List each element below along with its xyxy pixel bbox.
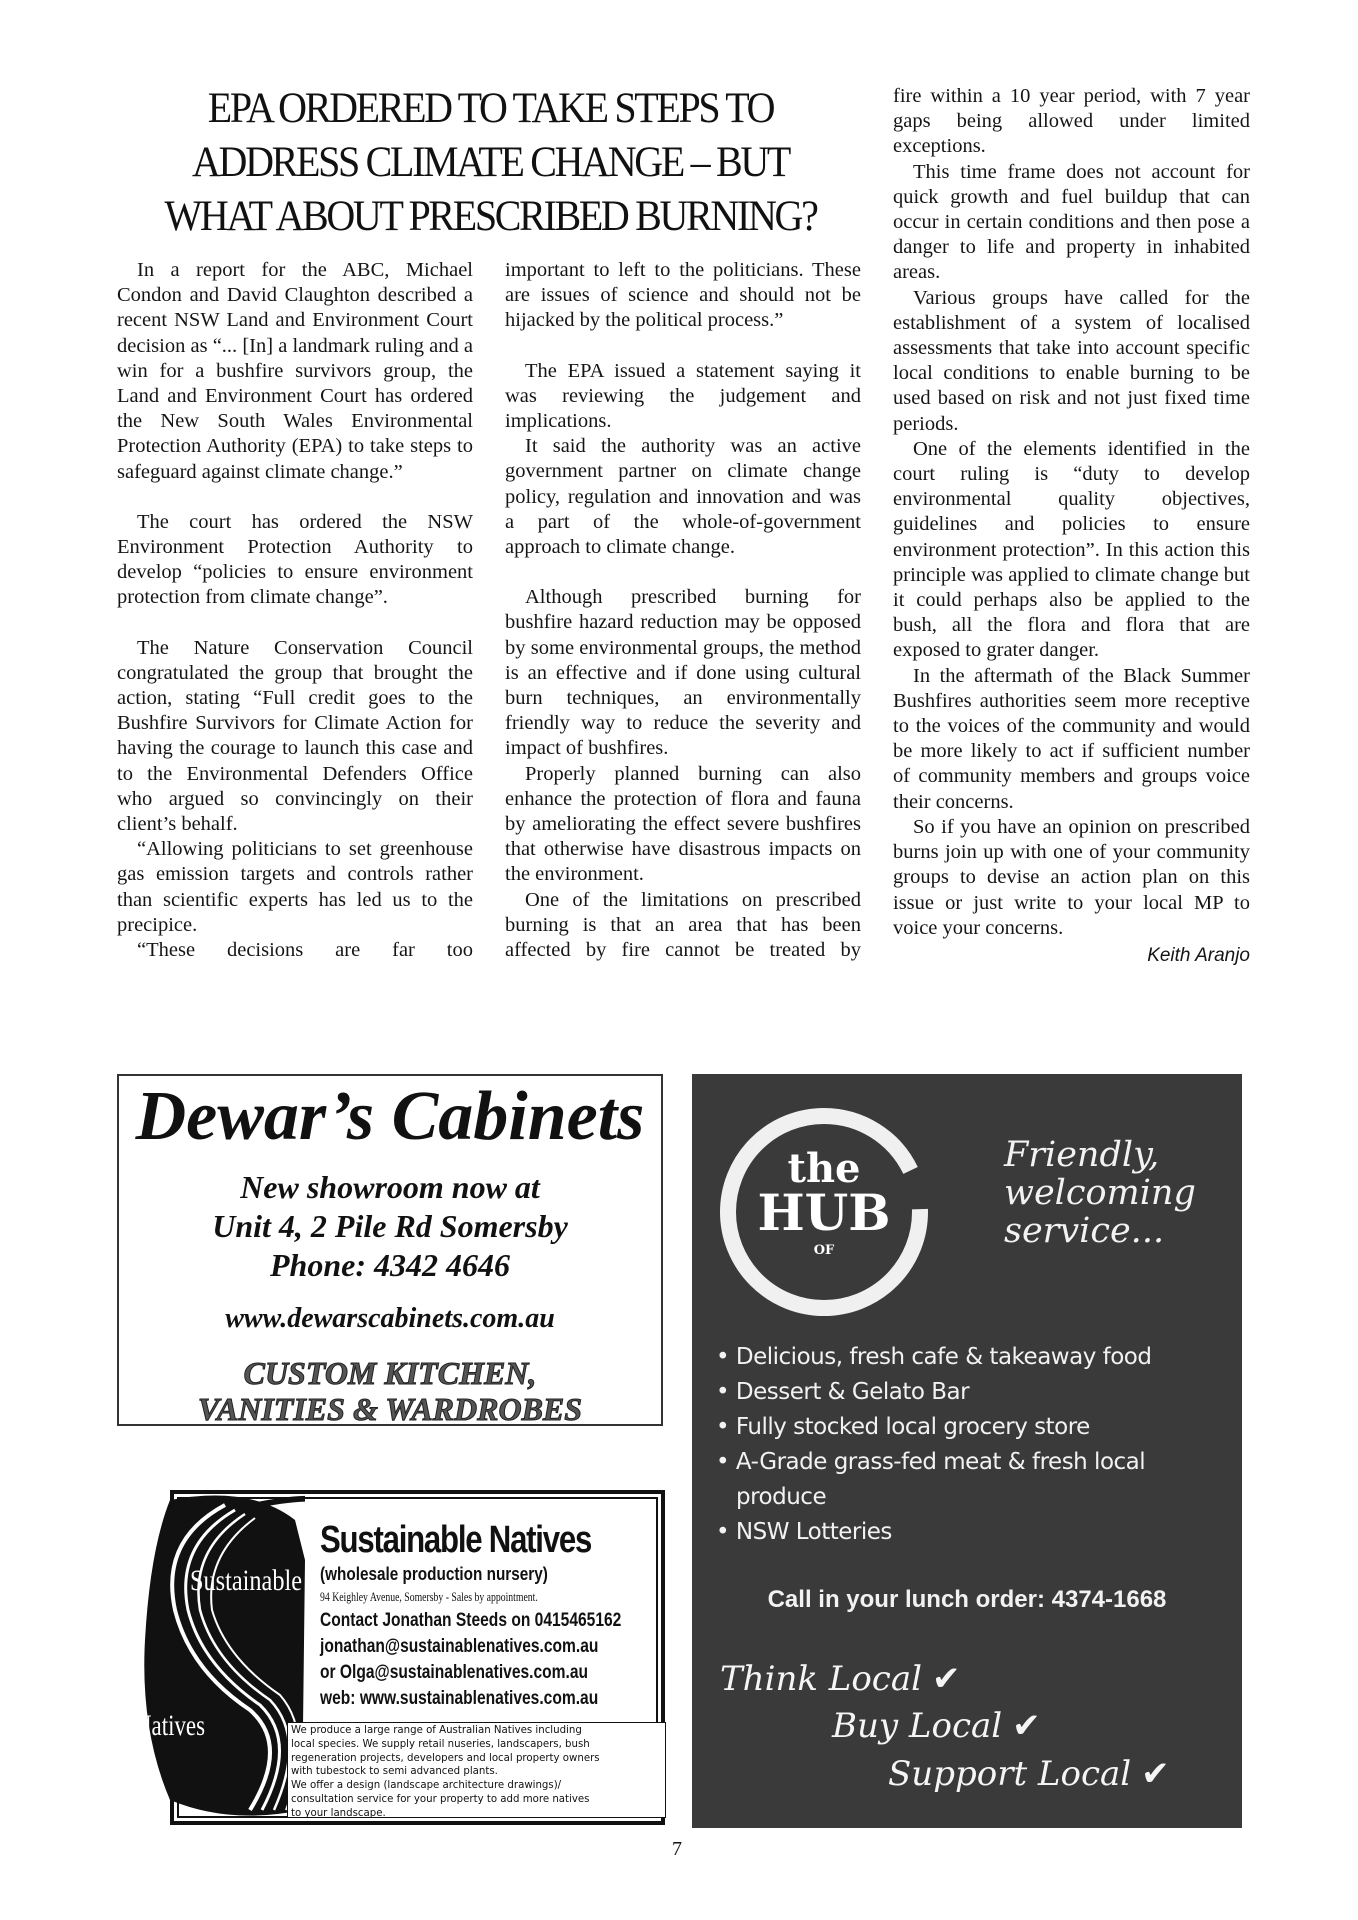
script-text: Buy Local bbox=[832, 1706, 1002, 1746]
hub-slogan: Friendly, welcoming service... bbox=[1004, 1136, 1196, 1250]
paragraph: The court has ordered the NSW Environmen… bbox=[117, 510, 473, 611]
list-item: A-Grade grass-fed meat & fresh local pro… bbox=[716, 1445, 1216, 1515]
ad-description: We produce a large range of Australian N… bbox=[287, 1722, 666, 1818]
article-title: EPA ORDERED TO TAKE STEPS TO ADDRESS CLI… bbox=[144, 82, 837, 244]
article-column-3: fire within a 10 year period, with 7 yea… bbox=[893, 84, 1250, 968]
logo-text-top: Sustainable bbox=[190, 1564, 302, 1597]
blurb-line: We offer a design (landscape architectur… bbox=[291, 1779, 662, 1793]
dewars-cabinets-ad: Dewar’s Cabinets New showroom now at Uni… bbox=[117, 1074, 663, 1426]
hub-logo-icon: the HUB OF MANGROVE MOUNTAIN bbox=[714, 1102, 934, 1322]
paragraph: This time frame does not account for qui… bbox=[893, 160, 1250, 286]
page-number: 7 bbox=[672, 1838, 682, 1861]
paragraph: One of the elements identified in the co… bbox=[893, 437, 1250, 664]
blurb-line: to your landscape. bbox=[291, 1807, 662, 1821]
checkmark-icon: ✔ bbox=[1141, 1754, 1170, 1794]
support-local-line: Support Local✔ bbox=[888, 1754, 1170, 1794]
ad-email-link[interactable]: jonathan@sustainablenatives.com.au bbox=[320, 1634, 621, 1660]
paragraph: In the aftermath of the Black Summer Bus… bbox=[893, 664, 1250, 815]
author-byline: Keith Aranjo bbox=[893, 943, 1250, 968]
sustainable-natives-ad: Sustainable Natives Sustainable Natives … bbox=[130, 1480, 670, 1825]
script-text: Think Local bbox=[720, 1659, 922, 1699]
paragraph: Properly planned burning can also enhanc… bbox=[505, 762, 861, 888]
the-hub-ad: the HUB OF MANGROVE MOUNTAIN Friendly, w… bbox=[692, 1074, 1242, 1828]
title-line: ADDRESS CLIMATE CHANGE – BUT bbox=[144, 136, 837, 190]
ad-email-link[interactable]: or Olga@sustainablenatives.com.au bbox=[320, 1660, 621, 1686]
ad-line: New showroom now at bbox=[119, 1168, 661, 1207]
script-text: Support Local bbox=[888, 1754, 1131, 1794]
ad-website-link[interactable]: web: www.sustainablenatives.com.au bbox=[320, 1686, 621, 1712]
ad-tagline: VANITIES & WARDROBES bbox=[119, 1391, 661, 1427]
ad-info: Sustainable Natives (wholesale productio… bbox=[320, 1518, 687, 1712]
list-item: NSW Lotteries bbox=[716, 1515, 1216, 1550]
sustainable-natives-logo-icon: Sustainable Natives bbox=[130, 1480, 305, 1818]
logo-hub: HUB bbox=[757, 1183, 890, 1242]
hub-services-list: Delicious, fresh cafe & takeaway food De… bbox=[716, 1340, 1216, 1550]
paragraph: important to left to the politicians. Th… bbox=[505, 258, 861, 334]
hub-phone-callout: Call in your lunch order: 4374-1668 bbox=[692, 1586, 1242, 1614]
logo-of: OF bbox=[814, 1243, 835, 1258]
ad-phone: Phone: 4342 4646 bbox=[119, 1246, 661, 1285]
blurb-line: with tubestock to semi advanced plants. bbox=[291, 1765, 662, 1779]
paragraph: “These decisions are far too bbox=[117, 938, 473, 963]
ad-subtitle: (wholesale production nursery) bbox=[320, 1562, 632, 1586]
ad-address: 94 Keighley Avenue, Somersby - Sales by … bbox=[320, 1586, 596, 1608]
ad-business-name: Dewar’s Cabinets bbox=[119, 1078, 661, 1156]
blurb-line: consultation service for your property t… bbox=[291, 1793, 662, 1807]
paragraph: It said the authority was an active gove… bbox=[505, 434, 861, 560]
title-line: WHAT ABOUT PRESCRIBED BURNING? bbox=[144, 190, 837, 244]
article-column-1: In a report for the ABC, Michael Condon … bbox=[117, 258, 473, 963]
ad-tagline: CUSTOM KITCHEN, bbox=[119, 1355, 661, 1391]
paragraph: In a report for the ABC, Michael Condon … bbox=[117, 258, 473, 485]
ad-contact: Contact Jonathan Steeds on 0415465162 bbox=[320, 1608, 621, 1634]
paragraph: The Nature Conservation Council congratu… bbox=[117, 636, 473, 838]
list-item: Dessert & Gelato Bar bbox=[716, 1375, 1216, 1410]
paragraph: “Allowing politicians to set greenhouse … bbox=[117, 837, 473, 938]
title-line: EPA ORDERED TO TAKE STEPS TO bbox=[144, 82, 837, 136]
paragraph: Although prescribed burning for bushfire… bbox=[505, 585, 861, 761]
paragraph: fire within a 10 year period, with 7 yea… bbox=[893, 84, 1250, 160]
logo-text-bottom: Natives bbox=[135, 1709, 205, 1742]
paragraph: The EPA issued a statement saying it was… bbox=[505, 359, 861, 435]
slogan-line: welcoming bbox=[1004, 1174, 1196, 1212]
blurb-line: We produce a large range of Australian N… bbox=[291, 1724, 662, 1738]
ad-address: Unit 4, 2 Pile Rd Somersby bbox=[119, 1207, 661, 1246]
paragraph: So if you have an opinion on prescribed … bbox=[893, 815, 1250, 941]
checkmark-icon: ✔ bbox=[1012, 1706, 1041, 1746]
ad-business-name: Sustainable Natives bbox=[320, 1518, 621, 1562]
checkmark-icon: ✔ bbox=[932, 1659, 961, 1699]
think-local-line: Think Local✔ bbox=[720, 1659, 961, 1699]
slogan-line: service... bbox=[1004, 1212, 1196, 1250]
paragraph: One of the limitations on prescribed bur… bbox=[505, 888, 861, 964]
blurb-line: regeneration projects, developers and lo… bbox=[291, 1752, 662, 1766]
list-item: Fully stocked local grocery store bbox=[716, 1410, 1216, 1445]
blurb-line: local species. We supply retail nuseries… bbox=[291, 1738, 662, 1752]
slogan-line: Friendly, bbox=[1004, 1136, 1196, 1174]
ad-website-link[interactable]: www.dewarscabinets.com.au bbox=[119, 1303, 661, 1335]
list-item: Delicious, fresh cafe & takeaway food bbox=[716, 1340, 1216, 1375]
article-column-2: important to left to the politicians. Th… bbox=[505, 258, 861, 963]
paragraph: Various groups have called for the estab… bbox=[893, 286, 1250, 437]
buy-local-line: Buy Local✔ bbox=[832, 1706, 1041, 1746]
